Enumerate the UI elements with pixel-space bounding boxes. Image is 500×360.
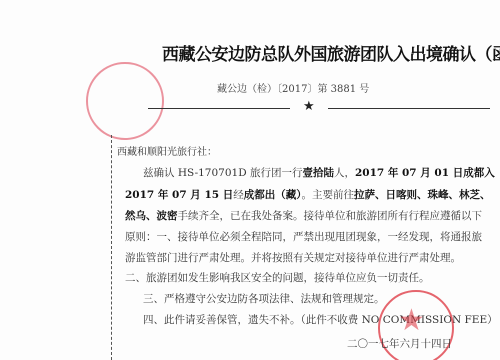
star-icon: ★ xyxy=(303,99,315,114)
rule-2: 二、旅游团如发生影响我区安全的问题，接待单位应负一切责任。 xyxy=(125,272,430,284)
group-size: 壹拾陆 xyxy=(302,167,334,179)
addressee: 西藏和顺阳光旅行社： xyxy=(117,143,217,158)
issue-date: 二〇一七年六月十四日 xyxy=(347,336,452,351)
entry-date: 2017 年 07 月 01 日成都入（藏） xyxy=(355,167,500,179)
separator-line-left xyxy=(148,108,290,109)
destinations: 拉萨、日喀则、珠峰、林芝、 xyxy=(354,189,491,201)
rule-1-cont: 游监管部门进行严肃处理。并将按照有关规定对接待单位进行严肃处理。 xyxy=(125,252,461,264)
body-line-7: 三、严格遵守公安边防各项法律、法规和管理规定。 xyxy=(143,291,385,306)
binding-margin-line xyxy=(111,135,112,360)
text-segment: 。主要前往 xyxy=(301,189,354,201)
document-title: 西藏公安边防总队外国旅游团队入出境确认（函） xyxy=(162,40,462,65)
body-line-5: 游监管部门进行严肃处理。并将按照有关规定对接待单位进行严肃处理。 xyxy=(125,250,461,265)
separator-line-right xyxy=(328,108,490,109)
text-segment: 兹确认 HS-170701D 旅行团一行 xyxy=(143,167,302,179)
exit-point: 成都出（藏） xyxy=(244,189,302,201)
rule-1: 原则：一、接待单位必须全程陪同，严禁出现甩团现象，一经发现，将通报旅 xyxy=(125,231,482,243)
text-segment: 手续齐全，已在我处备案。接待单位和旅游团所有行程应遵循以下 xyxy=(178,210,483,222)
body-line-6: 二、旅游团如发生影响我区安全的问题，接待单位应负一切责任。 xyxy=(125,270,430,285)
body-line-1: 兹确认 HS-170701D 旅行团一行壹拾陆人，2017 年 07 月 01 … xyxy=(143,165,500,180)
document-number: 藏公边（检）〔2017〕第 3881 号 xyxy=(217,80,369,95)
seal-star-icon: ★ xyxy=(398,303,425,338)
exit-date: 2017 年 07 月 15 日 xyxy=(125,189,233,201)
destinations-cont: 然乌、波密 xyxy=(125,210,178,222)
text-segment: 经 xyxy=(233,189,244,201)
body-line-2: 2017 年 07 月 15 日经成都出（藏）。主要前往拉萨、日喀则、珠峰、林芝… xyxy=(125,187,490,202)
body-line-3: 然乌、波密手续齐全，已在我处备案。接待单位和旅游团所有行程应遵循以下 xyxy=(125,208,482,223)
body-line-4: 原则：一、接待单位必须全程陪同，严禁出现甩团现象，一经发现，将通报旅 xyxy=(125,229,482,244)
rule-3: 三、严格遵守公安边防各项法律、法规和管理规定。 xyxy=(143,293,385,305)
text-segment: 人， xyxy=(334,167,355,179)
official-seal-partial xyxy=(86,62,164,140)
